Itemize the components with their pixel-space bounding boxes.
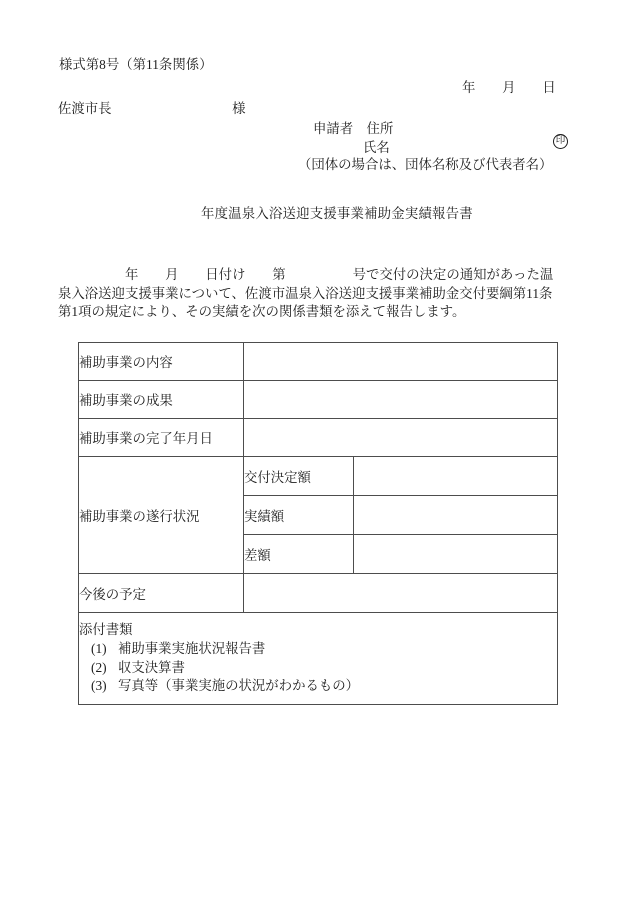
sub-label-difference: 差額	[244, 535, 354, 574]
body-line-3: 第1項の規定により、その実績を次の関係書類を添えて報告します。	[58, 303, 558, 322]
table-row: 補助事業の内容	[79, 343, 558, 381]
attachment-item: (3) 写真等（事業実施の状況がわかるもの）	[79, 677, 557, 696]
row-label-future-plans: 今後の予定	[79, 574, 244, 613]
value-cell-actual-amount	[354, 496, 558, 535]
attachment-item: (2) 収支決算書	[79, 659, 557, 678]
seal-character: 印	[556, 136, 566, 146]
attachment-item-text: 補助事業実施状況報告書	[118, 640, 265, 659]
attachments-cell: 添付書類 (1) 補助事業実施状況報告書 (2) 収支決算書 (3) 写真等（事…	[79, 613, 558, 705]
attachment-item-text: 収支決算書	[118, 659, 185, 678]
value-cell-future-plans	[244, 574, 558, 613]
table-row: 添付書類 (1) 補助事業実施状況報告書 (2) 収支決算書 (3) 写真等（事…	[79, 613, 558, 705]
body-paragraph: 年 月 日付け 第 号で交付の決定の通知があった温 泉入浴送迎支援事業について、…	[58, 266, 558, 322]
report-table: 補助事業の内容 補助事業の成果 補助事業の完了年月日 補助事業の遂行状況 交付決…	[78, 342, 558, 705]
applicant-address-label: 申請者 住所	[313, 121, 393, 138]
row-label-project-results: 補助事業の成果	[79, 381, 244, 419]
attachment-item-number: (1)	[91, 640, 118, 659]
body-line-2: 泉入浴送迎支援事業について、佐渡市温泉入浴送迎支援事業補助金交付要綱第11条	[58, 285, 558, 304]
row-label-completion-date: 補助事業の完了年月日	[79, 419, 244, 457]
value-cell-grant-decision-amount	[354, 457, 558, 496]
body-line-1: 年 月 日付け 第 号で交付の決定の通知があった温	[58, 266, 558, 285]
seal-stamp-icon: 印	[553, 134, 568, 149]
value-cell-project-content	[244, 343, 558, 381]
table-row: 補助事業の成果	[79, 381, 558, 419]
addressee-line: 佐渡市長 様	[58, 101, 245, 118]
attachments-heading: 添付書類	[79, 621, 557, 640]
table-row: 今後の予定	[79, 574, 558, 613]
applicant-organization-note: （団体の場合は、団体名称及び代表者名）	[298, 157, 552, 174]
value-cell-project-results	[244, 381, 558, 419]
form-number: 様式第8号（第11条関係）	[59, 57, 213, 74]
date-line: 年 月 日	[462, 80, 556, 97]
attachment-item: (1) 補助事業実施状況報告書	[79, 640, 557, 659]
document-page: 様式第8号（第11条関係） 年 月 日 佐渡市長 様 申請者 住所 氏名 印 （…	[0, 0, 630, 903]
sub-label-grant-decision-amount: 交付決定額	[244, 457, 354, 496]
attachment-item-text: 写真等（事業実施の状況がわかるもの）	[118, 677, 359, 696]
applicant-name-label: 氏名	[363, 140, 390, 157]
row-label-project-content: 補助事業の内容	[79, 343, 244, 381]
value-cell-difference	[354, 535, 558, 574]
row-label-progress-status: 補助事業の遂行状況	[79, 457, 244, 574]
sub-label-actual-amount: 実績額	[244, 496, 354, 535]
table-row: 補助事業の完了年月日	[79, 419, 558, 457]
document-title: 年度温泉入浴送迎支援事業補助金実績報告書	[201, 206, 473, 223]
value-cell-completion-date	[244, 419, 558, 457]
attachment-item-number: (2)	[91, 659, 118, 678]
table-row: 補助事業の遂行状況 交付決定額	[79, 457, 558, 496]
attachment-item-number: (3)	[91, 677, 118, 696]
